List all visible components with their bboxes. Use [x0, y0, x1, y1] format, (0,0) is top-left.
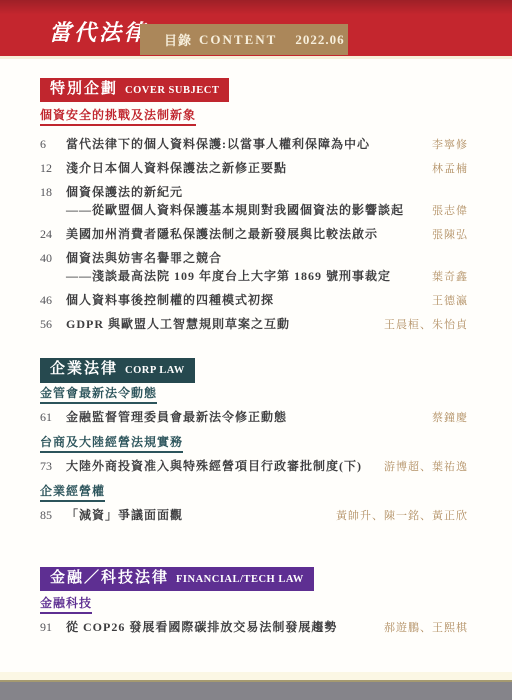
article-title: 個資保護法的新紀元 ——從歐盟個人資料保護基本規則對我國個資法的影響談起 [66, 183, 432, 219]
page-number: 40 [40, 249, 66, 267]
toc-entry: 61 金融監督管理委員會最新法令修正動態 蔡鐘慶 [40, 408, 468, 426]
subheading-wrap: 台商及大陸經營法規實務 [40, 432, 468, 453]
contents-title-band: 目錄 CONTENT 2022.06 [140, 24, 348, 55]
page-number: 56 [40, 315, 66, 333]
article-title: 「減資」爭議面面觀 [66, 506, 336, 524]
article-authors: 郝遊鵬、王熙棋 [384, 620, 468, 636]
article-authors: 黃帥升、陳一銘、黃正欣 [336, 508, 468, 524]
article-title: 從 COP26 發展看國際碳排放交易法制發展趨勢 [66, 618, 384, 636]
article-title: GDPR 與歐盟人工智慧規則草案之互動 [66, 315, 384, 333]
article-authors: 林孟楠 [432, 161, 468, 177]
page-number: 24 [40, 225, 66, 243]
toc-entry: 46 個人資料事後控制權的四種模式初探 王德瀛 [40, 291, 468, 309]
section-cover-subject: 特別企劃 COVER SUBJECT 個資安全的挑戰及法制新象 6 當代法律下的… [40, 59, 468, 333]
article-authors: 張志偉 [432, 203, 468, 219]
article-title: 金融監督管理委員會最新法令修正動態 [66, 408, 432, 426]
article-authors: 游博超、葉祐逸 [384, 459, 468, 475]
subheading: 個資安全的挑戰及法制新象 [40, 109, 196, 126]
article-authors: 王晨桓、朱怡貞 [384, 317, 468, 333]
subheading: 金管會最新法令動態 [40, 387, 157, 404]
article-authors: 蔡鐘慶 [432, 410, 468, 426]
page-number: 12 [40, 159, 66, 177]
article-title: 淺介日本個人資料保護法之新修正要點 [66, 159, 432, 177]
article-title: 當代法律下的個人資料保護:以當事人權利保障為中心 [66, 135, 432, 153]
subheading-wrap: 企業經營權 [40, 481, 468, 502]
article-title: 個人資料事後控制權的四種模式初探 [66, 291, 432, 309]
issue-number: 2022.06 [295, 32, 344, 48]
article-authors: 李寧修 [432, 137, 468, 153]
subheading-wrap: 金融科技 [40, 591, 468, 614]
article-title-line2: ——淺談最高法院 109 年度台上大字第 1869 號刑事裁定 [66, 267, 424, 285]
page-number: 73 [40, 457, 66, 475]
article-title-line1: 個資法與妨害名譽罪之競合 [66, 249, 424, 267]
subheading-wrap: 金管會最新法令動態 [40, 383, 468, 404]
page-number: 61 [40, 408, 66, 426]
toc-entry: 85 「減資」爭議面面觀 黃帥升、陳一銘、黃正欣 [40, 506, 468, 524]
toc-body: 特別企劃 COVER SUBJECT 個資安全的挑戰及法制新象 6 當代法律下的… [0, 59, 512, 636]
section-header-financial-tech-law: 金融／科技法律 FINANCIAL/TECH LAW [40, 567, 314, 591]
magazine-logo: 當代法律 [49, 22, 149, 44]
section-financial-tech-law: 金融／科技法律 FINANCIAL/TECH LAW 金融科技 91 從 COP… [40, 530, 468, 636]
toc-entry: 12 淺介日本個人資料保護法之新修正要點 林孟楠 [40, 159, 468, 177]
section-header-cover-subject: 特別企劃 COVER SUBJECT [40, 78, 229, 102]
subheading: 台商及大陸經營法規實務 [40, 436, 183, 453]
article-title-line1: 個資保護法的新紀元 [66, 183, 424, 201]
article-title: 美國加州消費者隱私保護法制之最新發展與比較法啟示 [66, 225, 432, 243]
section-title-en: CORP LAW [125, 365, 185, 377]
section-header-corp-law: 企業法律 CORP LAW [40, 358, 195, 382]
subheading: 金融科技 [40, 597, 92, 614]
article-title: 大陸外商投資准入與特殊經營項目行政審批制度(下) [66, 457, 384, 475]
article-authors: 張陳弘 [432, 227, 468, 243]
subheading-wrap: 個資安全的挑戰及法制新象 [40, 102, 468, 126]
toc-entry: 6 當代法律下的個人資料保護:以當事人權利保障為中心 李寧修 [40, 135, 468, 153]
section-corp-law: 企業法律 CORP LAW 金管會最新法令動態 61 金融監督管理委員會最新法令… [40, 339, 468, 523]
contents-title-zh: 目錄 [164, 30, 192, 49]
toc-entry: 40 個資法與妨害名譽罪之競合 ——淺談最高法院 109 年度台上大字第 186… [40, 249, 468, 285]
page-number: 18 [40, 183, 66, 201]
toc-entry: 24 美國加州消費者隱私保護法制之最新發展與比較法啟示 張陳弘 [40, 225, 468, 243]
page-margin-strip [0, 672, 512, 682]
section-title-zh: 金融／科技法律 [50, 570, 169, 587]
toc-entry: 56 GDPR 與歐盟人工智慧規則草案之互動 王晨桓、朱怡貞 [40, 315, 468, 333]
contents-title-en: CONTENT [199, 32, 277, 48]
page-number: 46 [40, 291, 66, 309]
magazine-toc-page: 當代法律 目錄 CONTENT 2022.06 特別企劃 COVER SUBJE… [0, 0, 512, 700]
article-authors: 王德瀛 [432, 293, 468, 309]
article-title: 個資法與妨害名譽罪之競合 ——淺談最高法院 109 年度台上大字第 1869 號… [66, 249, 432, 285]
page-number: 85 [40, 506, 66, 524]
section-title-en: FINANCIAL/TECH LAW [176, 574, 304, 586]
toc-entry: 91 從 COP26 發展看國際碳排放交易法制發展趨勢 郝遊鵬、王熙棋 [40, 618, 468, 636]
article-title-line2: ——從歐盟個人資料保護基本規則對我國個資法的影響談起 [66, 201, 424, 219]
article-authors: 葉奇鑫 [432, 269, 468, 285]
page-bottom-edge [0, 672, 512, 700]
section-title-zh: 特別企劃 [50, 81, 118, 98]
toc-entry: 18 個資保護法的新紀元 ——從歐盟個人資料保護基本規則對我國個資法的影響談起 … [40, 183, 468, 219]
page-number: 6 [40, 135, 66, 153]
page-number: 91 [40, 618, 66, 636]
masthead-banner: 當代法律 目錄 CONTENT 2022.06 [0, 0, 512, 59]
subheading: 企業經營權 [40, 485, 105, 502]
background-surface [0, 682, 512, 700]
section-title-zh: 企業法律 [50, 361, 118, 378]
section-title-en: COVER SUBJECT [125, 85, 219, 97]
toc-entry: 73 大陸外商投資准入與特殊經營項目行政審批制度(下) 游博超、葉祐逸 [40, 457, 468, 475]
